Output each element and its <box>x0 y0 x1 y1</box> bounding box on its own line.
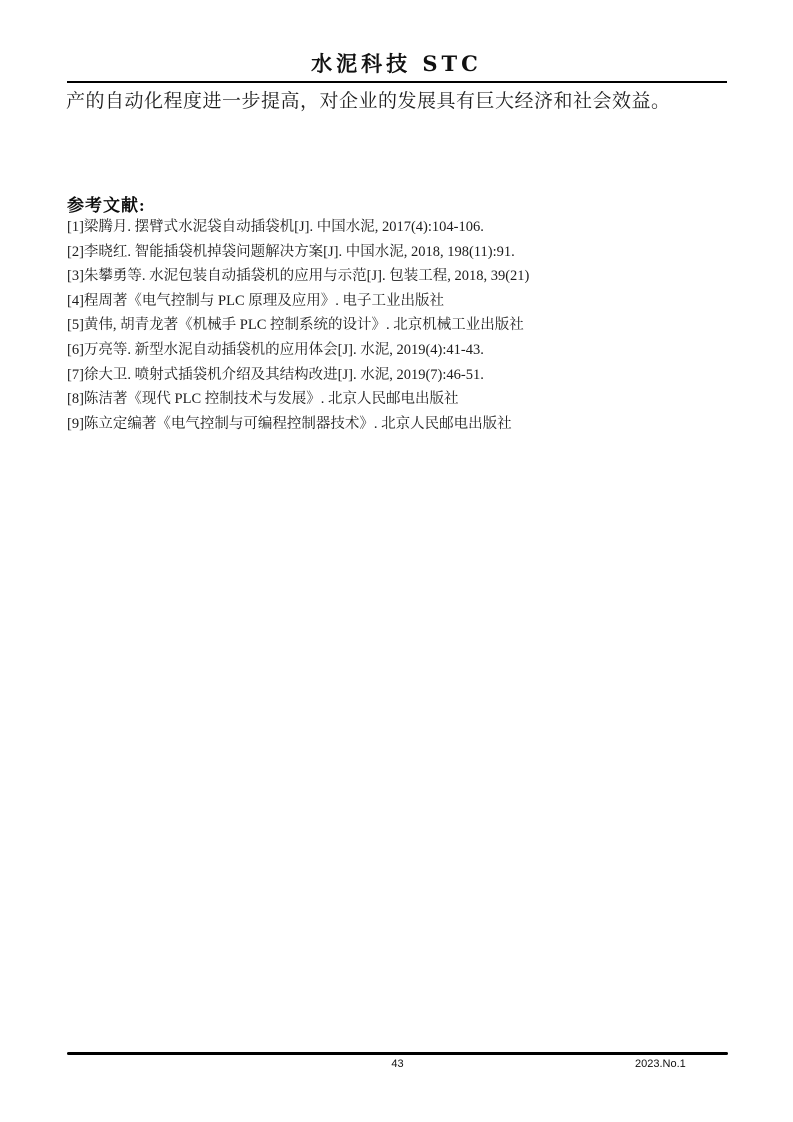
reference-item: [2]李晓红. 智能插袋机掉袋问题解决方案[J]. 中国水泥, 2018, 19… <box>67 240 739 265</box>
reference-item: [8]陈洁著《现代 PLC 控制技术与发展》. 北京人民邮电出版社 <box>67 387 739 412</box>
journal-page: 水泥科技 STC 产的自动化程度进一步提高，对企业的发展具有巨大经济和社会效益。… <box>0 0 793 1122</box>
reference-item: [5]黄伟, 胡青龙著《机械手 PLC 控制系统的设计》. 北京机械工业出版社 <box>67 313 739 338</box>
journal-masthead-title: 水泥科技 STC <box>0 48 793 78</box>
reference-item: [3]朱攀勇等. 水泥包装自动插袋机的应用与示范[J]. 包装工程, 2018,… <box>67 264 739 289</box>
reference-item: [7]徐大卫. 喷射式插袋机介绍及其结构改进[J]. 水泥, 2019(7):4… <box>67 363 739 388</box>
page-number: 43 <box>67 1058 728 1070</box>
article-closing-paragraph: 产的自动化程度进一步提高，对企业的发展具有巨大经济和社会效益。 <box>66 88 731 115</box>
reference-item: [1]梁腾月. 摆臂式水泥袋自动插袋机[J]. 中国水泥, 2017(4):10… <box>67 215 739 240</box>
issue-label: 2023.No.1 <box>635 1058 686 1070</box>
reference-item: [4]程周著《电气控制与 PLC 原理及应用》. 电子工业出版社 <box>67 289 739 314</box>
reference-item: [9]陈立定编著《电气控制与可编程控制器技术》. 北京人民邮电出版社 <box>67 412 739 437</box>
reference-item: [6]万亮等. 新型水泥自动插袋机的应用体会[J]. 水泥, 2019(4):4… <box>67 338 739 363</box>
references-list: [1]梁腾月. 摆臂式水泥袋自动插袋机[J]. 中国水泥, 2017(4):10… <box>67 215 739 436</box>
references-heading: 参考文献: <box>67 191 146 216</box>
footer-rule <box>67 1052 728 1055</box>
header-rule <box>67 81 727 83</box>
